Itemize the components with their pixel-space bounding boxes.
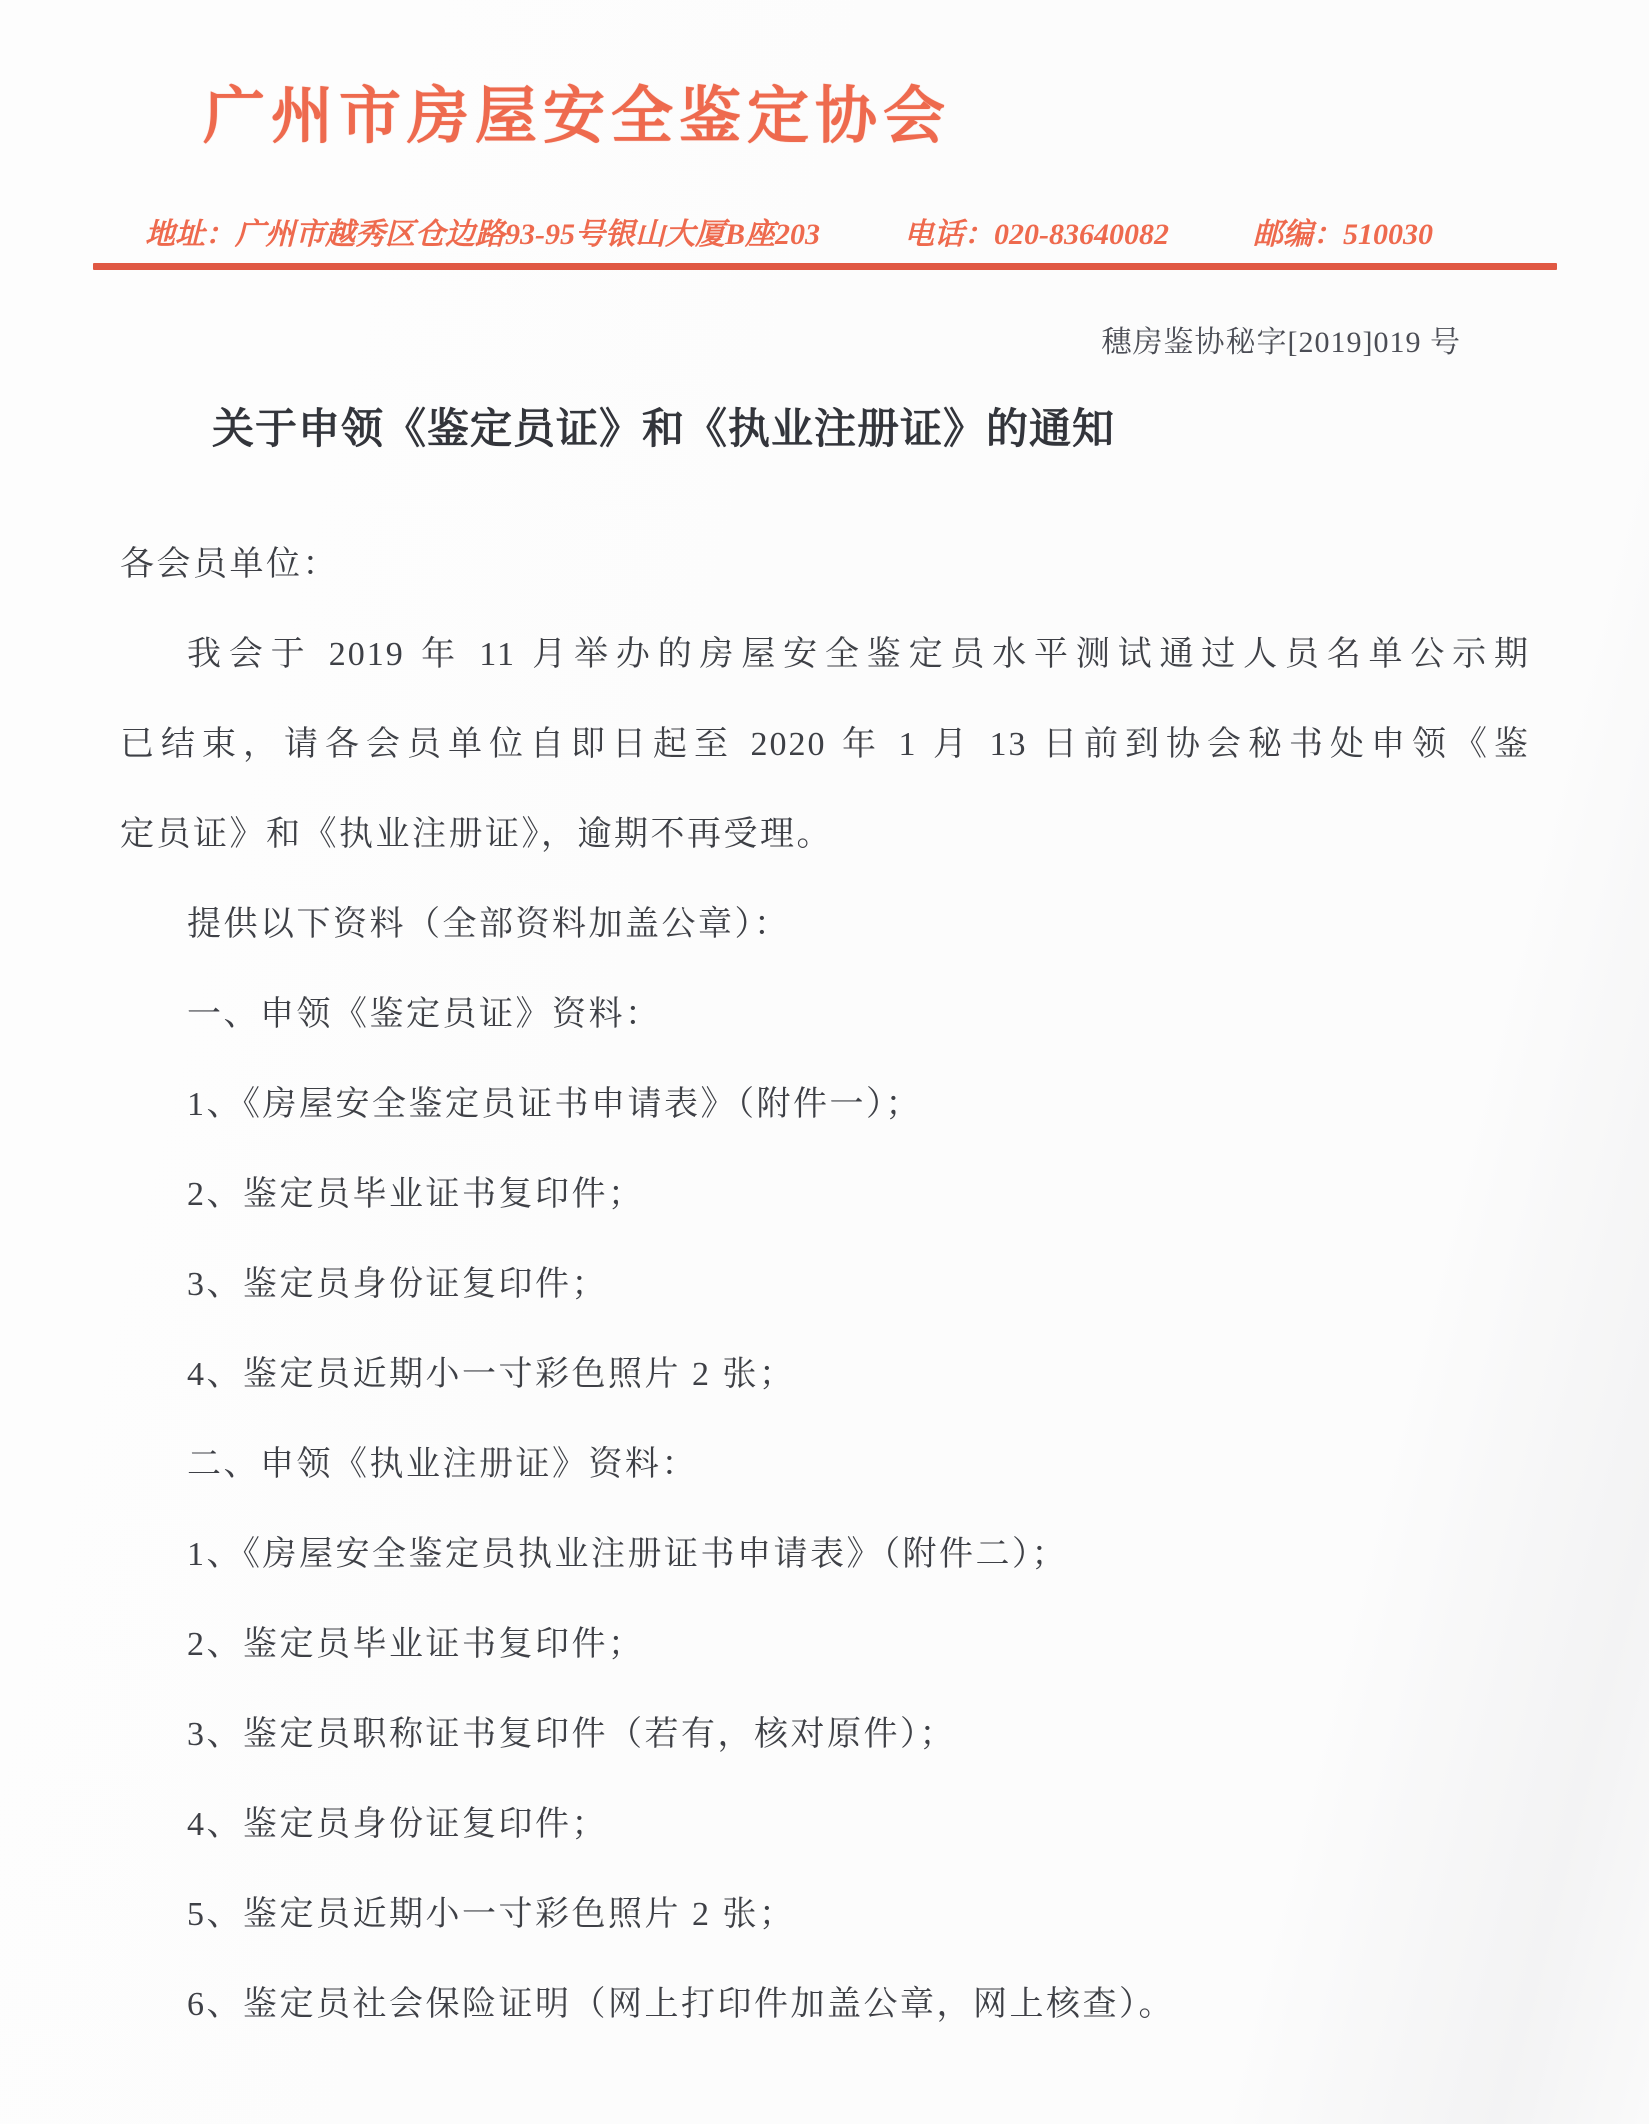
list-item: 5、鉴定员近期小一寸彩色照片 2 张；	[120, 1870, 1530, 1960]
list-item: 2、鉴定员毕业证书复印件；	[120, 1150, 1530, 1240]
scanned-notice-page: 广州市房屋安全鉴定协会 地址：广州市越秀区仓边路93-95号银山大厦B座203 …	[0, 0, 1649, 2124]
paragraph-line: 我会于 2019 年 11 月举办的房屋安全鉴定员水平测试通过人员名单公示期	[120, 610, 1530, 700]
materials-intro-line: 提供以下资料（全部资料加盖公章）：	[120, 880, 1530, 970]
org-zip-code: 邮编：510030	[1253, 218, 1433, 253]
letterhead-contact-row: 地址：广州市越秀区仓边路93-95号银山大厦B座203 电话：020-83640…	[145, 218, 1433, 253]
list-item: 3、鉴定员职称证书复印件（若有，核对原件）；	[120, 1690, 1530, 1780]
section-2-heading: 二、申领《执业注册证》资料：	[120, 1420, 1530, 1510]
org-address: 地址：广州市越秀区仓边路93-95号银山大厦B座203	[145, 218, 820, 253]
document-reference-number: 穗房鉴协秘字[2019]019 号	[0, 326, 1461, 361]
section-1-heading: 一、申领《鉴定员证》资料：	[120, 970, 1530, 1060]
list-item: 6、鉴定员社会保险证明（网上打印件加盖公章，网上核查）。	[120, 1960, 1530, 2050]
org-name-heading: 广州市房屋安全鉴定协会	[203, 86, 1649, 148]
paragraph-line: 定员证》和《执业注册证》，逾期不再受理。	[120, 790, 1530, 880]
list-item: 3、鉴定员身份证复印件；	[120, 1240, 1530, 1330]
list-item: 1、《房屋安全鉴定员执业注册证书申请表》（附件二）；	[120, 1510, 1530, 1600]
letterhead-divider	[93, 263, 1557, 270]
salutation: 各会员单位：	[120, 520, 1530, 610]
list-item: 4、鉴定员身份证复印件；	[120, 1780, 1530, 1870]
page-title: 关于申领《鉴定员证》和《执业注册证》的通知	[212, 406, 1649, 454]
paragraph-line: 已结束，请各会员单位自即日起至 2020 年 1 月 13 日前到协会秘书处申领…	[120, 700, 1530, 790]
list-item: 4、鉴定员近期小一寸彩色照片 2 张；	[120, 1330, 1530, 1420]
org-phone: 电话：020-83640082	[904, 218, 1169, 253]
list-item: 1、《房屋安全鉴定员证书申请表》（附件一）；	[120, 1060, 1530, 1150]
list-item: 2、鉴定员毕业证书复印件；	[120, 1600, 1530, 1690]
notice-body: 各会员单位： 我会于 2019 年 11 月举办的房屋安全鉴定员水平测试通过人员…	[120, 520, 1530, 2050]
